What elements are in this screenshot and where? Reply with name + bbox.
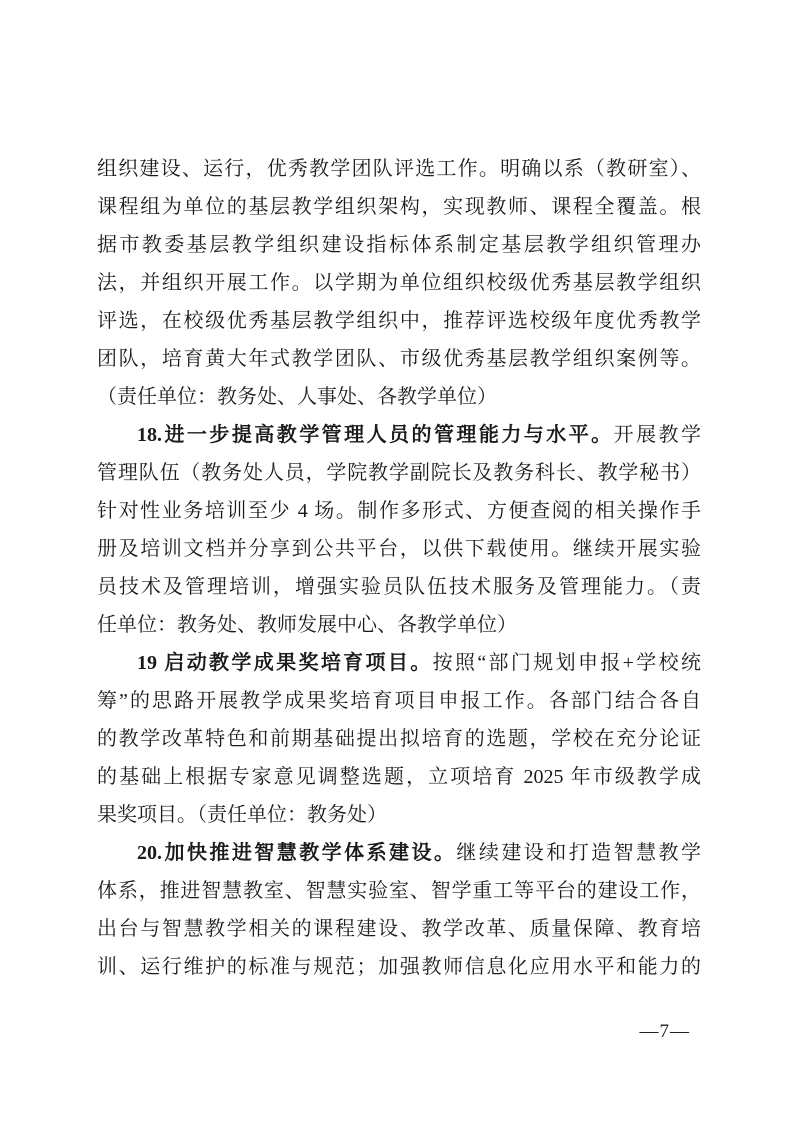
line-text: 开展教学 [614, 424, 701, 446]
line-text: 训、运行维护的标准与规范；加强教师信息化应用水平和能力的 [97, 956, 701, 978]
line-text: 的基础上根据专家意见调整选题，立项培育 2025 年市级教学成 [97, 766, 701, 788]
document-body: 组织建设、运行，优秀教学团队评选工作。明确以系（教研室）、 课程组为单位的基层教… [97, 150, 701, 986]
text-line: 管理队伍（教务处人员，学院教学副院长及教务科长、教学秘书） [97, 454, 701, 492]
line-text: 按照“部门规划申报+学校统 [433, 652, 701, 674]
item-18-heading-line: 18.进一步提高教学管理人员的管理能力与水平。开展教学 [97, 416, 701, 454]
responsible-unit-line: 果奖项目。（责任单位：教务处） [97, 796, 701, 834]
text-line: 筹”的思路开展教学成果奖培育项目申报工作。各部门结合各自 [97, 682, 701, 720]
line-bold-text: 20.加快推进智慧教学体系建设。 [137, 842, 456, 864]
text-line: 的基础上根据专家意见调整选题，立项培育 2025 年市级教学成 [97, 758, 701, 796]
text-line: 据市教委基层教学组织建设指标体系制定基层教学组织管理办 [97, 226, 701, 264]
line-text: 据市教委基层教学组织建设指标体系制定基层教学组织管理办 [97, 234, 701, 256]
text-line: 组织建设、运行，优秀教学团队评选工作。明确以系（教研室）、 [97, 150, 701, 188]
page-number: —7— [640, 1018, 691, 1046]
item-20-heading-line: 20.加快推进智慧教学体系建设。继续建设和打造智慧教学 [97, 834, 701, 872]
line-text: 针对性业务培训至少 4 场。制作多形式、方便查阅的相关操作手 [97, 500, 701, 522]
line-text: 筹”的思路开展教学成果奖培育项目申报工作。各部门结合各自 [97, 690, 701, 712]
line-text: 的教学改革特色和前期基础提出拟培育的选题，学校在充分论证 [97, 728, 701, 750]
line-bold-text: 19 启动教学成果奖培育项目。 [137, 652, 433, 674]
line-text: 管理队伍（教务处人员，学院教学副院长及教务科长、教学秘书） [97, 462, 701, 484]
line-text: 出台与智慧教学相关的课程建设、教学改革、质量保障、教育培 [97, 918, 701, 940]
text-line: 员技术及管理培训，增强实验员队伍技术服务及管理能力。（责 [97, 568, 701, 606]
line-text: 继续建设和打造智慧教学 [456, 842, 701, 864]
line-text: 组织建设、运行，优秀教学团队评选工作。明确以系（教研室）、 [97, 158, 701, 180]
document-page: 组织建设、运行，优秀教学团队评选工作。明确以系（教研室）、 课程组为单位的基层教… [0, 0, 793, 1122]
responsible-unit-line: 任单位：教务处、教师发展中心、各教学单位） [97, 606, 701, 644]
item-19-heading-line: 19 启动教学成果奖培育项目。按照“部门规划申报+学校统 [97, 644, 701, 682]
text-line: 出台与智慧教学相关的课程建设、教学改革、质量保障、教育培 [97, 910, 701, 948]
text-line: 团队，培育黄大年式教学团队、市级优秀基层教学组织案例等。 [97, 340, 701, 378]
text-line: 的教学改革特色和前期基础提出拟培育的选题，学校在充分论证 [97, 720, 701, 758]
text-line: 册及培训文档并分享到公共平台，以供下载使用。继续开展实验 [97, 530, 701, 568]
line-text: 册及培训文档并分享到公共平台，以供下载使用。继续开展实验 [97, 538, 701, 560]
line-text: （责任单位：教务处、人事处、各教学单位） [97, 386, 497, 408]
line-text: 任单位：教务处、教师发展中心、各教学单位） [97, 614, 517, 636]
line-bold-text: 18.进一步提高教学管理人员的管理能力与水平。 [137, 424, 614, 446]
line-text: 体系，推进智慧教室、智慧实验室、智学重工等平台的建设工作， [97, 880, 701, 902]
text-line: 针对性业务培训至少 4 场。制作多形式、方便查阅的相关操作手 [97, 492, 701, 530]
text-line: 课程组为单位的基层教学组织架构，实现教师、课程全覆盖。根 [97, 188, 701, 226]
text-line: 法，并组织开展工作。以学期为单位组织校级优秀基层教学组织 [97, 264, 701, 302]
line-text: 课程组为单位的基层教学组织架构，实现教师、课程全覆盖。根 [97, 196, 701, 218]
line-text: 团队，培育黄大年式教学团队、市级优秀基层教学组织案例等。 [97, 348, 701, 370]
text-line: 评选，在校级优秀基层教学组织中，推荐评选校级年度优秀教学 [97, 302, 701, 340]
line-text: 法，并组织开展工作。以学期为单位组织校级优秀基层教学组织 [97, 272, 701, 294]
line-text: 评选，在校级优秀基层教学组织中，推荐评选校级年度优秀教学 [97, 310, 701, 332]
line-text: 员技术及管理培训，增强实验员队伍技术服务及管理能力。（责 [97, 576, 701, 598]
line-text: 果奖项目。（责任单位：教务处） [97, 804, 387, 826]
text-line: 体系，推进智慧教室、智慧实验室、智学重工等平台的建设工作， [97, 872, 701, 910]
responsible-unit-line: （责任单位：教务处、人事处、各教学单位） [97, 378, 701, 416]
text-line: 训、运行维护的标准与规范；加强教师信息化应用水平和能力的 [97, 948, 701, 986]
